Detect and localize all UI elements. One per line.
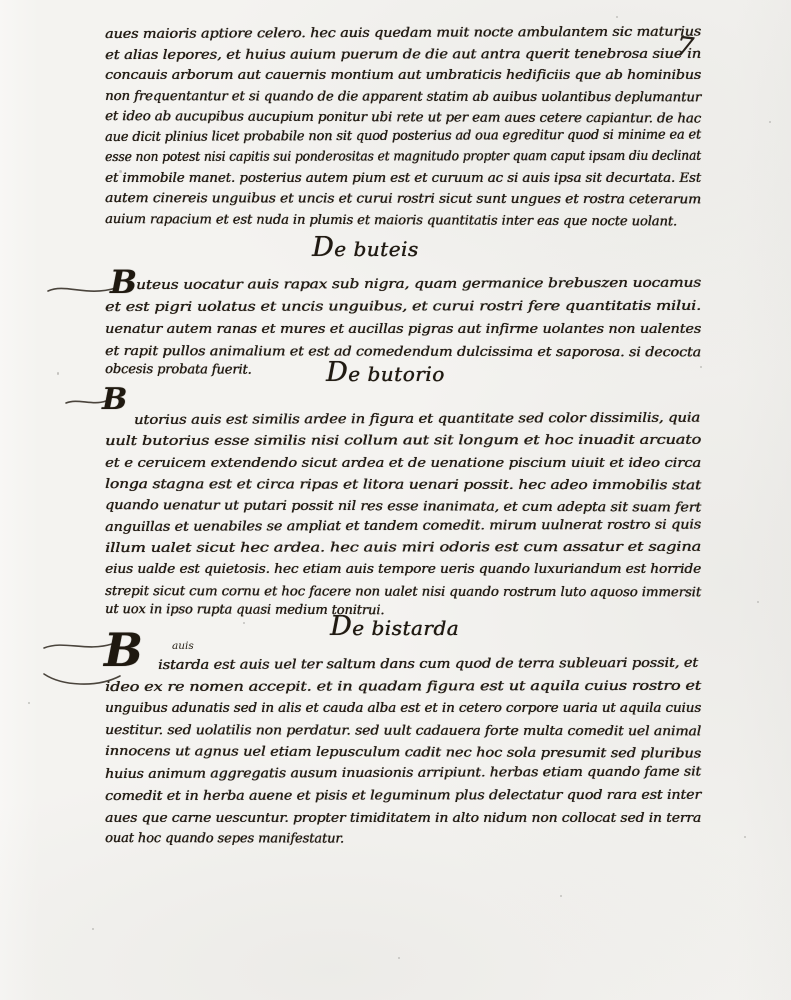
text-line: ideo ex re nomen accepit. et in quadam f… [105, 680, 701, 696]
chapter-heading-de-buteis: De buteis [312, 234, 419, 261]
text-line: uult butorius esse similis nisi collum a… [105, 434, 701, 450]
text-line: et alias lepores, et huius auium puerum … [105, 48, 701, 64]
text-line: obcesis probata fuerit. [105, 363, 252, 379]
text-line: esse non potest nisi capitis sui pondero… [105, 150, 701, 166]
text-line: comedit et in herba auene et pisis et le… [105, 789, 701, 805]
text-line: non frequentantur et si quando de die ap… [105, 90, 701, 106]
text-line: ouat hoc quando sepes manifestatur. [105, 832, 344, 847]
chapter-heading-de-bistarda: De bistarda [330, 613, 459, 640]
text-line: illum ualet sicut hec ardea. hec auis mi… [105, 541, 701, 557]
text-line: istarda est auis uel ter saltum dans cum… [158, 657, 698, 674]
text-line: unguibus adunatis sed in alis et cauda a… [105, 702, 701, 717]
drop-cap-initial: B [110, 268, 137, 297]
text-line: autem cinereis unguibus et uncis et curu… [105, 192, 701, 208]
text-line: aues que carne uescuntur. propter timidi… [105, 812, 701, 827]
text-line: utorius auis est similis ardee in figura… [134, 412, 700, 429]
drop-cap-initial: B [102, 386, 127, 413]
initial-flourish [46, 281, 118, 299]
text-line: et est pigri uolatus et uncis unguibus, … [105, 300, 701, 316]
text-line: et e ceruicem extendendo sicut ardea et … [105, 457, 701, 472]
interlinear-correction: auis [172, 641, 194, 652]
text-line: uenatur autem ranas et mures et aucillas… [105, 323, 701, 338]
manuscript-page: 7 aues maioris aptiore celero. hec auis … [0, 0, 791, 1000]
text-line: eius ualde est quietosis. hec etiam auis… [105, 563, 701, 578]
text-line: uestitur. sed uolatilis non perdatur. se… [105, 724, 701, 740]
text-line: auium rapacium et est nuda in plumis et … [105, 213, 677, 230]
text-line: anguillas et uenabiles se ampliat et tan… [105, 519, 701, 536]
drop-cap-initial: B [104, 630, 143, 671]
text-line: uteus uocatur auis rapax sub nigra, quam… [136, 277, 701, 294]
text-line: quando uenatur ut putari possit nil res … [105, 499, 701, 516]
text-line: innocens ut agnus uel etiam lepusculum c… [105, 745, 701, 762]
text-line: strepit sicut cum cornu et hoc facere no… [105, 585, 701, 601]
text-line: longa stagna est et circa ripas et litor… [105, 478, 701, 494]
text-line: concauis arborum aut cauernis montium au… [105, 69, 701, 84]
chapter-heading-de-butorio: De butorio [326, 359, 445, 386]
text-line: et immobile manet. posterius autem pium … [105, 172, 701, 187]
text-line: aue dicit plinius licet probabile non si… [105, 129, 701, 146]
text-line: aues maioris aptiore celero. hec auis qu… [105, 26, 701, 43]
text-line: huius animum aggregatis ausum inuasionis… [105, 766, 701, 783]
text-line: et ideo ab aucupibus aucupium ponitur ub… [105, 110, 701, 127]
